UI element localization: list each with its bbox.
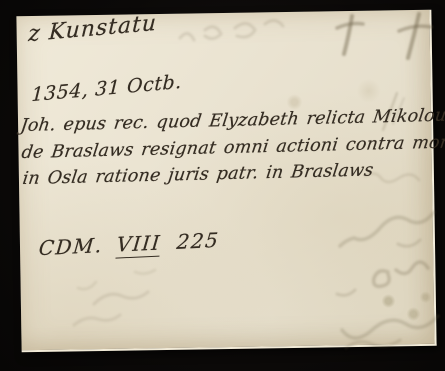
citation-volume: VIII — [115, 230, 162, 258]
citation-page: 225 — [176, 228, 221, 254]
photograph-background: z Kunstatu 1354, 31 Octb. Joh. epus rec.… — [0, 0, 445, 371]
citation-abbrev: CDM. — [38, 233, 104, 260]
